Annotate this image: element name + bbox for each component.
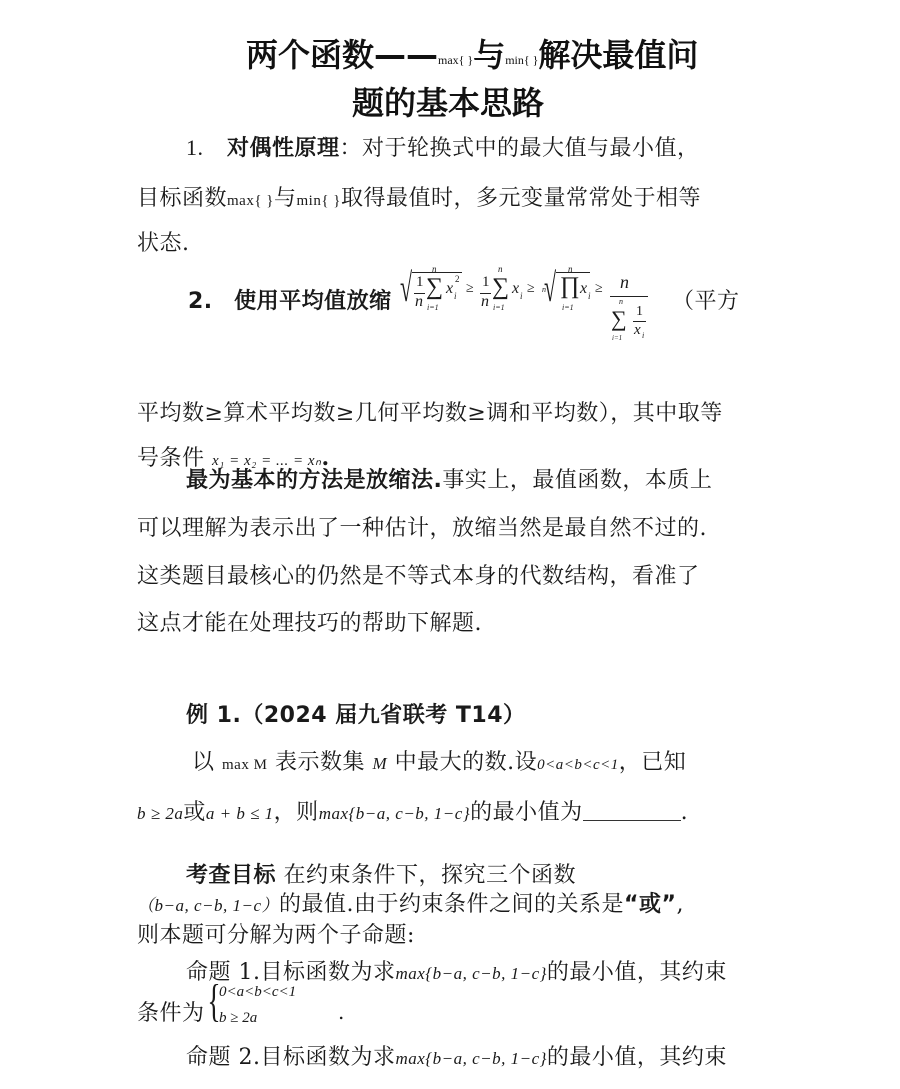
sum-lower: i=1 — [493, 303, 505, 312]
frac-num: 1 — [416, 274, 424, 291]
max-notation: max{ } — [227, 193, 274, 209]
text: 以 — [192, 750, 215, 775]
condition-2: a + b ≤ 1 — [206, 804, 274, 823]
sum-symbol: ∑ — [426, 274, 443, 301]
section1-heading: 对偶性原理 — [227, 136, 340, 161]
section1-line2: 目标函数max{ }与min{ }取得最值时，多元变量常常处于相等 — [137, 181, 701, 212]
function-tuple: （b−a, c−b, 1−c） — [137, 896, 279, 915]
analysis-line2: （b−a, c−b, 1−c）的最值.由于约束条件之间的关系是“或”, — [137, 887, 684, 918]
text: 的最小值，其约束 — [547, 1045, 727, 1070]
inner-num: 1 — [636, 304, 643, 320]
text: 的最值.由于约束条件之间的关系是 — [279, 892, 624, 917]
max-expression: max{b−a, c−b, 1−c} — [395, 1049, 546, 1068]
sum-symbol: ∑ — [611, 306, 627, 332]
text: 取得最值时，多元变量常常处于相等 — [341, 186, 701, 211]
section1-line1: 1. 对偶性原理：对于轮换式中的最大值与最小值， — [186, 131, 700, 162]
text: 在约束条件下，探究三个函数 — [284, 863, 577, 888]
frac-den: n — [415, 293, 423, 311]
title-text: 解决最值问 — [538, 36, 698, 74]
var-x: x — [446, 280, 453, 298]
period: . — [338, 1000, 344, 1024]
product-symbol: ∏ — [560, 273, 580, 300]
example1-line2: b ≥ 2a或a + b ≤ 1，则max{b−a, c−b, 1−c}的最小值… — [137, 795, 688, 826]
subscript-i: i — [642, 331, 644, 340]
condition-1: b ≥ 2a — [137, 804, 183, 823]
paragraph3-line3: 这类题目最核心的仍然是不等式本身的代数结构，看准了 — [137, 559, 700, 590]
document-title-line2: 题的基本思路 — [352, 78, 544, 124]
geq-symbol: ≥ — [527, 281, 535, 297]
paragraph3-line4: 这点才能在处理技巧的帮助下解题. — [137, 606, 482, 637]
title-min-notation: min{ } — [505, 53, 538, 67]
analysis-line1: 考查目标 在约束条件下，探究三个函数 — [186, 858, 576, 889]
proposition1-line2: 条件为 — [137, 996, 205, 1027]
sum-lower: i=1 — [612, 334, 622, 342]
text: 条件为 — [137, 1001, 205, 1026]
title-max-notation: max{ } — [438, 53, 473, 67]
min-notation: min{ } — [297, 193, 341, 209]
proposition1-line1: 命题 1.目标函数为求max{b−a, c−b, 1−c}的最小值，其约束 — [186, 955, 727, 986]
text: ，已知 — [619, 750, 687, 775]
paragraph3-line2: 可以理解为表示出了一种估计，放缩当然是最自然不过的. — [137, 511, 707, 542]
section2-heading: 使用平均值放缩 — [234, 289, 392, 314]
geq-symbol: ≥ — [466, 281, 474, 297]
sum-upper: n — [432, 264, 437, 274]
section1-line3: 状态. — [137, 226, 190, 257]
text: 命题 2.目标函数为求 — [186, 1045, 395, 1070]
text: 与 — [274, 186, 297, 211]
title-text: 两个函数—— — [246, 36, 438, 74]
text: 目标函数 — [137, 186, 227, 211]
text: 的最小值，其约束 — [547, 960, 727, 985]
section1-text: 对于轮换式中的最大值与最小值， — [362, 136, 700, 161]
subscript-i: i — [520, 291, 523, 301]
sum-upper: n — [498, 264, 503, 274]
title-text: 与 — [473, 36, 505, 74]
text: 事实上，最值函数，本质上 — [442, 468, 712, 493]
hm-numerator: n — [620, 272, 629, 293]
analysis-line3: 则本题可分解为两个子命题: — [137, 918, 415, 949]
paragraph3-line1: 最为基本的方法是放缩法.事实上，最值函数，本质上 — [186, 463, 712, 494]
text: ，则 — [274, 800, 319, 825]
max-M: max M — [222, 757, 267, 773]
subscript-i: i — [588, 291, 591, 301]
text-or: 或 — [183, 800, 206, 825]
bold-lead: 最为基本的方法是放缩法. — [186, 468, 442, 493]
inequality: 0<a<b<c<1 — [537, 757, 619, 773]
colon: ： — [340, 136, 363, 161]
bold-lead: 考查目标 — [186, 863, 276, 888]
text: 的最小值为 — [470, 800, 583, 825]
example1-line1: 以 max M 表示数集 M 中最大的数.设0<a<b<c<1，已知 — [192, 745, 686, 776]
inner-den-x: x — [634, 322, 641, 339]
section1-number: 1. — [186, 135, 204, 160]
section2-paren-open: （平方 — [672, 284, 740, 315]
frac-den: n — [481, 293, 489, 311]
set-M: M — [372, 754, 387, 773]
sum-upper: n — [619, 297, 623, 306]
prod-lower: i=1 — [562, 303, 574, 312]
bold-or: “或” — [624, 892, 676, 917]
frac-num: 1 — [482, 274, 490, 291]
proposition2-line1: 命题 2.目标函数为求max{b−a, c−b, 1−c}的最小值，其约束 — [186, 1040, 727, 1071]
var-x: x — [580, 280, 587, 298]
section2-number: 2. — [188, 289, 213, 314]
section2-line2: 平均数≥算术平均数≥几何平均数≥调和平均数），其中取等 — [137, 396, 723, 427]
geq-symbol: ≥ — [595, 281, 603, 297]
comma: , — [676, 892, 684, 917]
example1-heading: 例 1.（2024 届九省联考 T14） — [186, 698, 526, 729]
period: . — [681, 800, 689, 825]
document-title-line1: 两个函数——max{ }与min{ }解决最值问 — [246, 30, 698, 76]
sqrt-radical: √ — [400, 264, 412, 311]
sum-lower: i=1 — [427, 303, 439, 312]
text: 表示数集 — [275, 750, 365, 775]
subscript-i: i — [454, 291, 457, 301]
max-expression: max{b−a, c−b, 1−c} — [319, 804, 470, 823]
constraint-1: 0<a<b<c<1 — [219, 984, 296, 1001]
constraint-2: b ≥ 2a — [219, 1010, 257, 1027]
var-x: x — [512, 280, 519, 298]
sqrt-radical: √ — [544, 264, 556, 311]
section2-heading-line: 2. 使用平均值放缩 — [188, 284, 392, 315]
max-expression: max{b−a, c−b, 1−c} — [395, 964, 546, 983]
text: 中最大的数.设 — [395, 750, 538, 775]
answer-blank[interactable] — [583, 802, 681, 821]
superscript-2: 2 — [455, 274, 460, 284]
sum-symbol: ∑ — [492, 274, 509, 301]
